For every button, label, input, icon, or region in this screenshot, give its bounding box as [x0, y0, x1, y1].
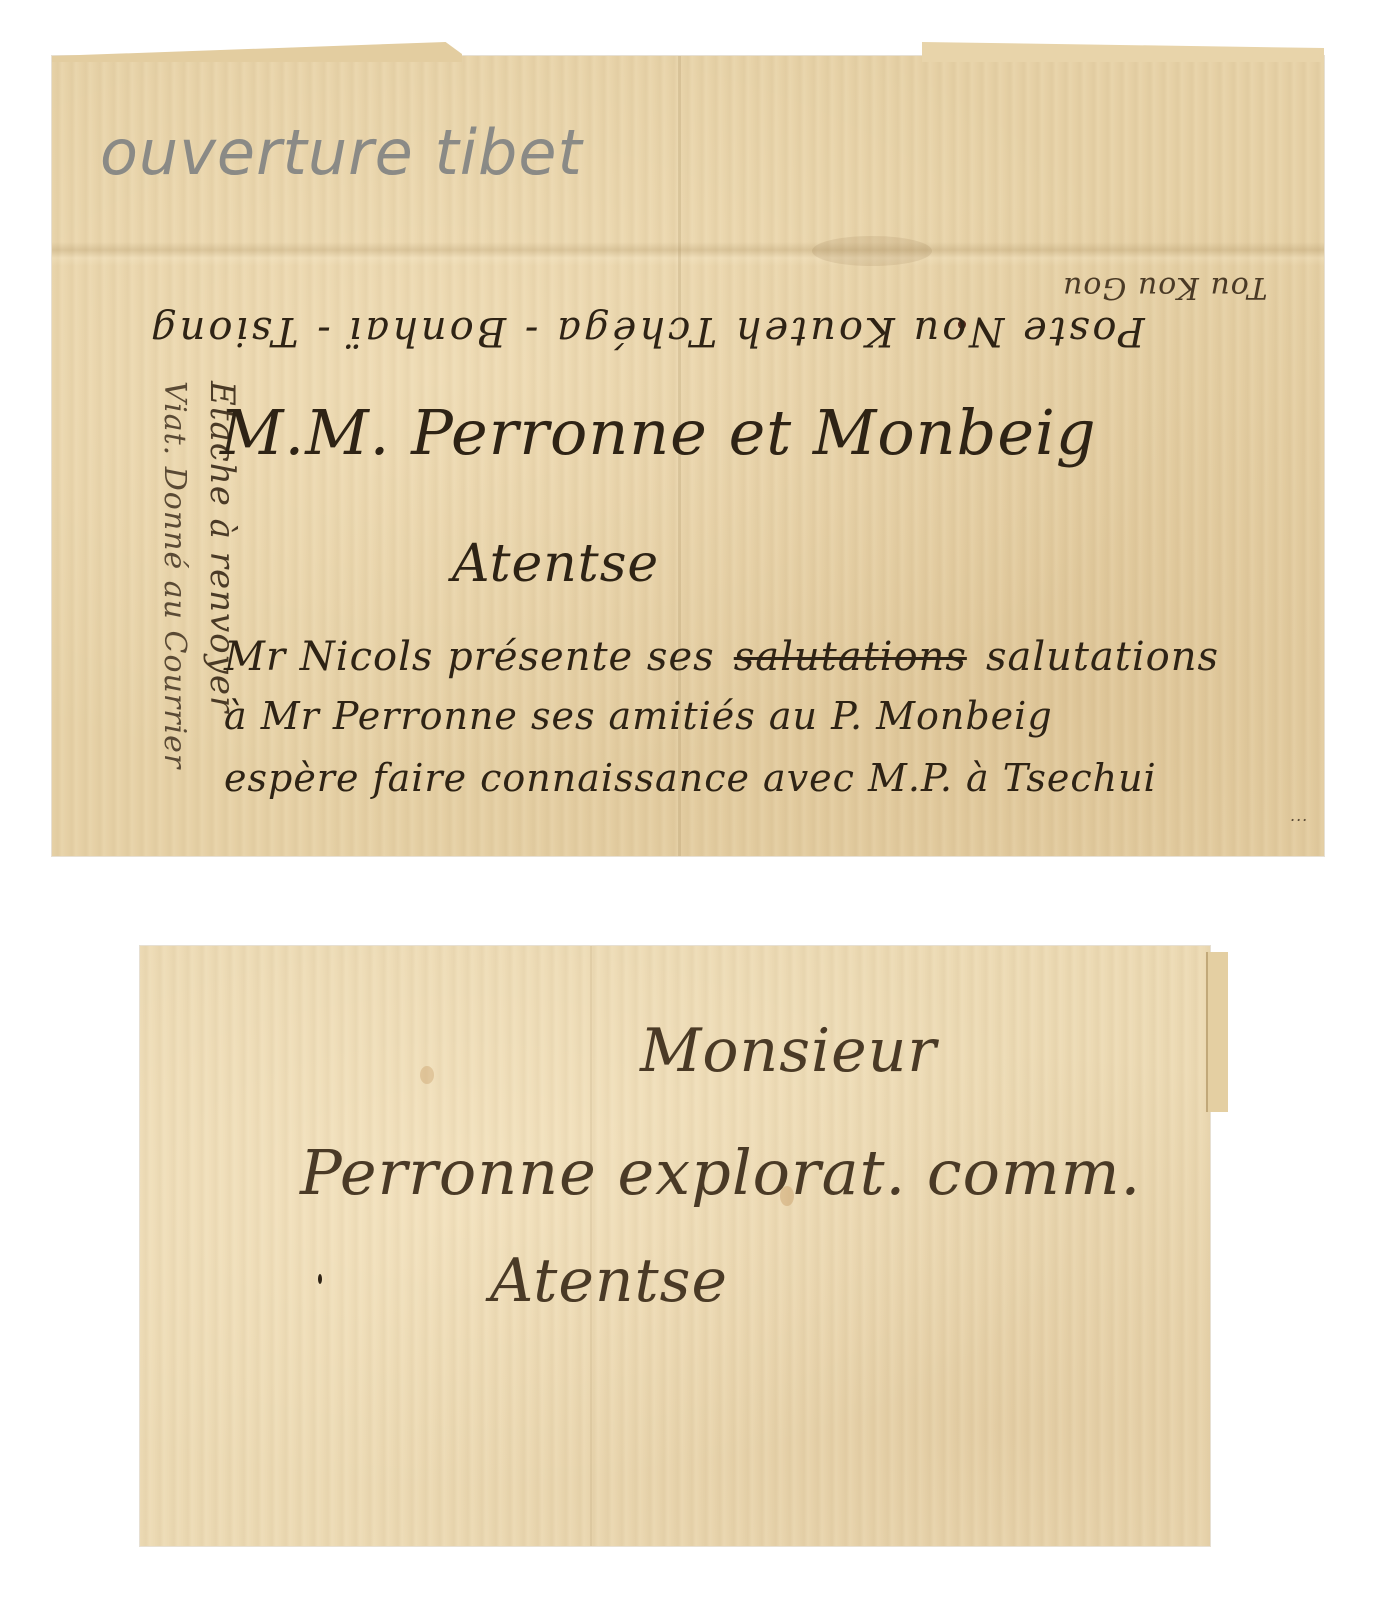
torn-flap-right	[922, 42, 1324, 62]
envelope-1: ouverture tibet Tou Kou Gou Poste Nou Ko…	[52, 56, 1324, 856]
envelope-2: Monsieur Perronne explorat. comm. Atents…	[140, 946, 1210, 1546]
side-flap	[1206, 952, 1228, 1112]
address-recipient: M.M. Perronne et Monbeig	[220, 396, 1097, 469]
ink-spot	[318, 1274, 322, 1284]
paper-stain	[420, 1066, 434, 1084]
upside-down-line-2: Poste Nou Kouteh Tchéga - Bonhaï - Tsion…	[148, 308, 1145, 354]
address-salutation: Monsieur	[640, 1016, 937, 1086]
message-line-3: espère faire connaissance avec M.P. à Ts…	[224, 756, 1157, 800]
message-line-1-prefix: Mr Nicols présente ses	[224, 634, 715, 680]
address-recipient: Perronne explorat. comm.	[300, 1136, 1141, 1209]
message-line-2: à Mr Perronne ses amitiés au P. Monbeig	[224, 694, 1053, 738]
message-line-1-suffix: salutations	[986, 634, 1219, 680]
horizontal-fold-crease	[52, 242, 1324, 266]
message-line-1: Mr Nicols présente ses salutations salut…	[224, 634, 1219, 680]
address-place: Atentse	[452, 534, 659, 594]
address-place: Atentse	[490, 1246, 728, 1316]
paper-stain	[812, 236, 932, 266]
torn-flap-left	[52, 42, 462, 62]
upside-down-line-1: Tou Kou Gou	[1062, 270, 1267, 305]
message-struck-word: salutations	[734, 634, 967, 680]
pencil-annotation: ouverture tibet	[100, 116, 583, 189]
vertical-margin-line-2: Viat. Donné au Courrier	[157, 381, 192, 769]
corner-mark: ...	[1290, 806, 1308, 825]
